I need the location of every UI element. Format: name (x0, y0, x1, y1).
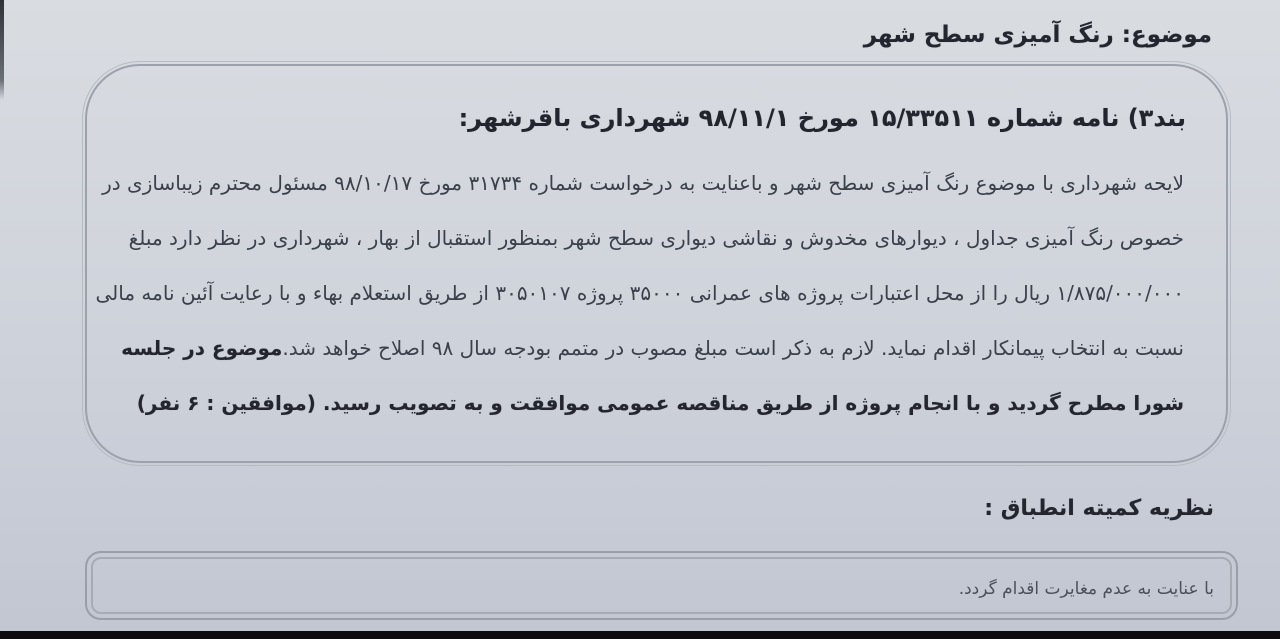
scan-edge-bottom (0, 631, 1280, 639)
paragraph-line-4: نسبت به انتخاب پیمانکار اقدام نماید. لاز… (145, 321, 1184, 376)
paragraph-line-4-bold-text: موضوع در جلسه (121, 336, 282, 360)
compliance-note-box-inner: با عنایت به عدم مغایرت اقدام گردد. (91, 557, 1232, 614)
paragraph-line-4-normal-text: نسبت به انتخاب پیمانکار اقدام نماید. لاز… (282, 336, 1184, 360)
scanned-document-page: موضوع: رنگ آمیزی سطح شهر بند۳) نامه شمار… (0, 0, 1280, 639)
decree-heading: بند۳) نامه شماره ۱۵/۳۳۵۱۱ مورخ ۹۸/۱۱/۱ ش… (127, 100, 1186, 136)
decree-paragraph: لایحه شهرداری با موضوع رنگ آمیزی سطح شهر… (145, 156, 1184, 431)
paragraph-line-1: لایحه شهرداری با موضوع رنگ آمیزی سطح شهر… (145, 156, 1184, 211)
compliance-note-text: با عنایت به عدم مغایرت اقدام گردد. (959, 573, 1214, 599)
compliance-note-box: با عنایت به عدم مغایرت اقدام گردد. (85, 551, 1238, 620)
scan-edge-left (0, 0, 4, 100)
paragraph-line-2: خصوص رنگ آمیزی جداول ، دیوارهای مخدوش و … (145, 211, 1184, 266)
paragraph-line-5: شورا مطرح گردید و با انجام پروژه از طریق… (145, 376, 1184, 431)
committee-heading: نظریه کمیته انطباق : (984, 496, 1214, 521)
decree-box: بند۳) نامه شماره ۱۵/۳۳۵۱۱ مورخ ۹۸/۱۱/۱ ش… (85, 64, 1228, 463)
subject-title: موضوع: رنگ آمیزی سطح شهر (864, 22, 1212, 48)
paragraph-line-3: ۱/۸۷۵/۰۰۰/۰۰۰ ریال را از محل اعتبارات پر… (145, 266, 1184, 321)
